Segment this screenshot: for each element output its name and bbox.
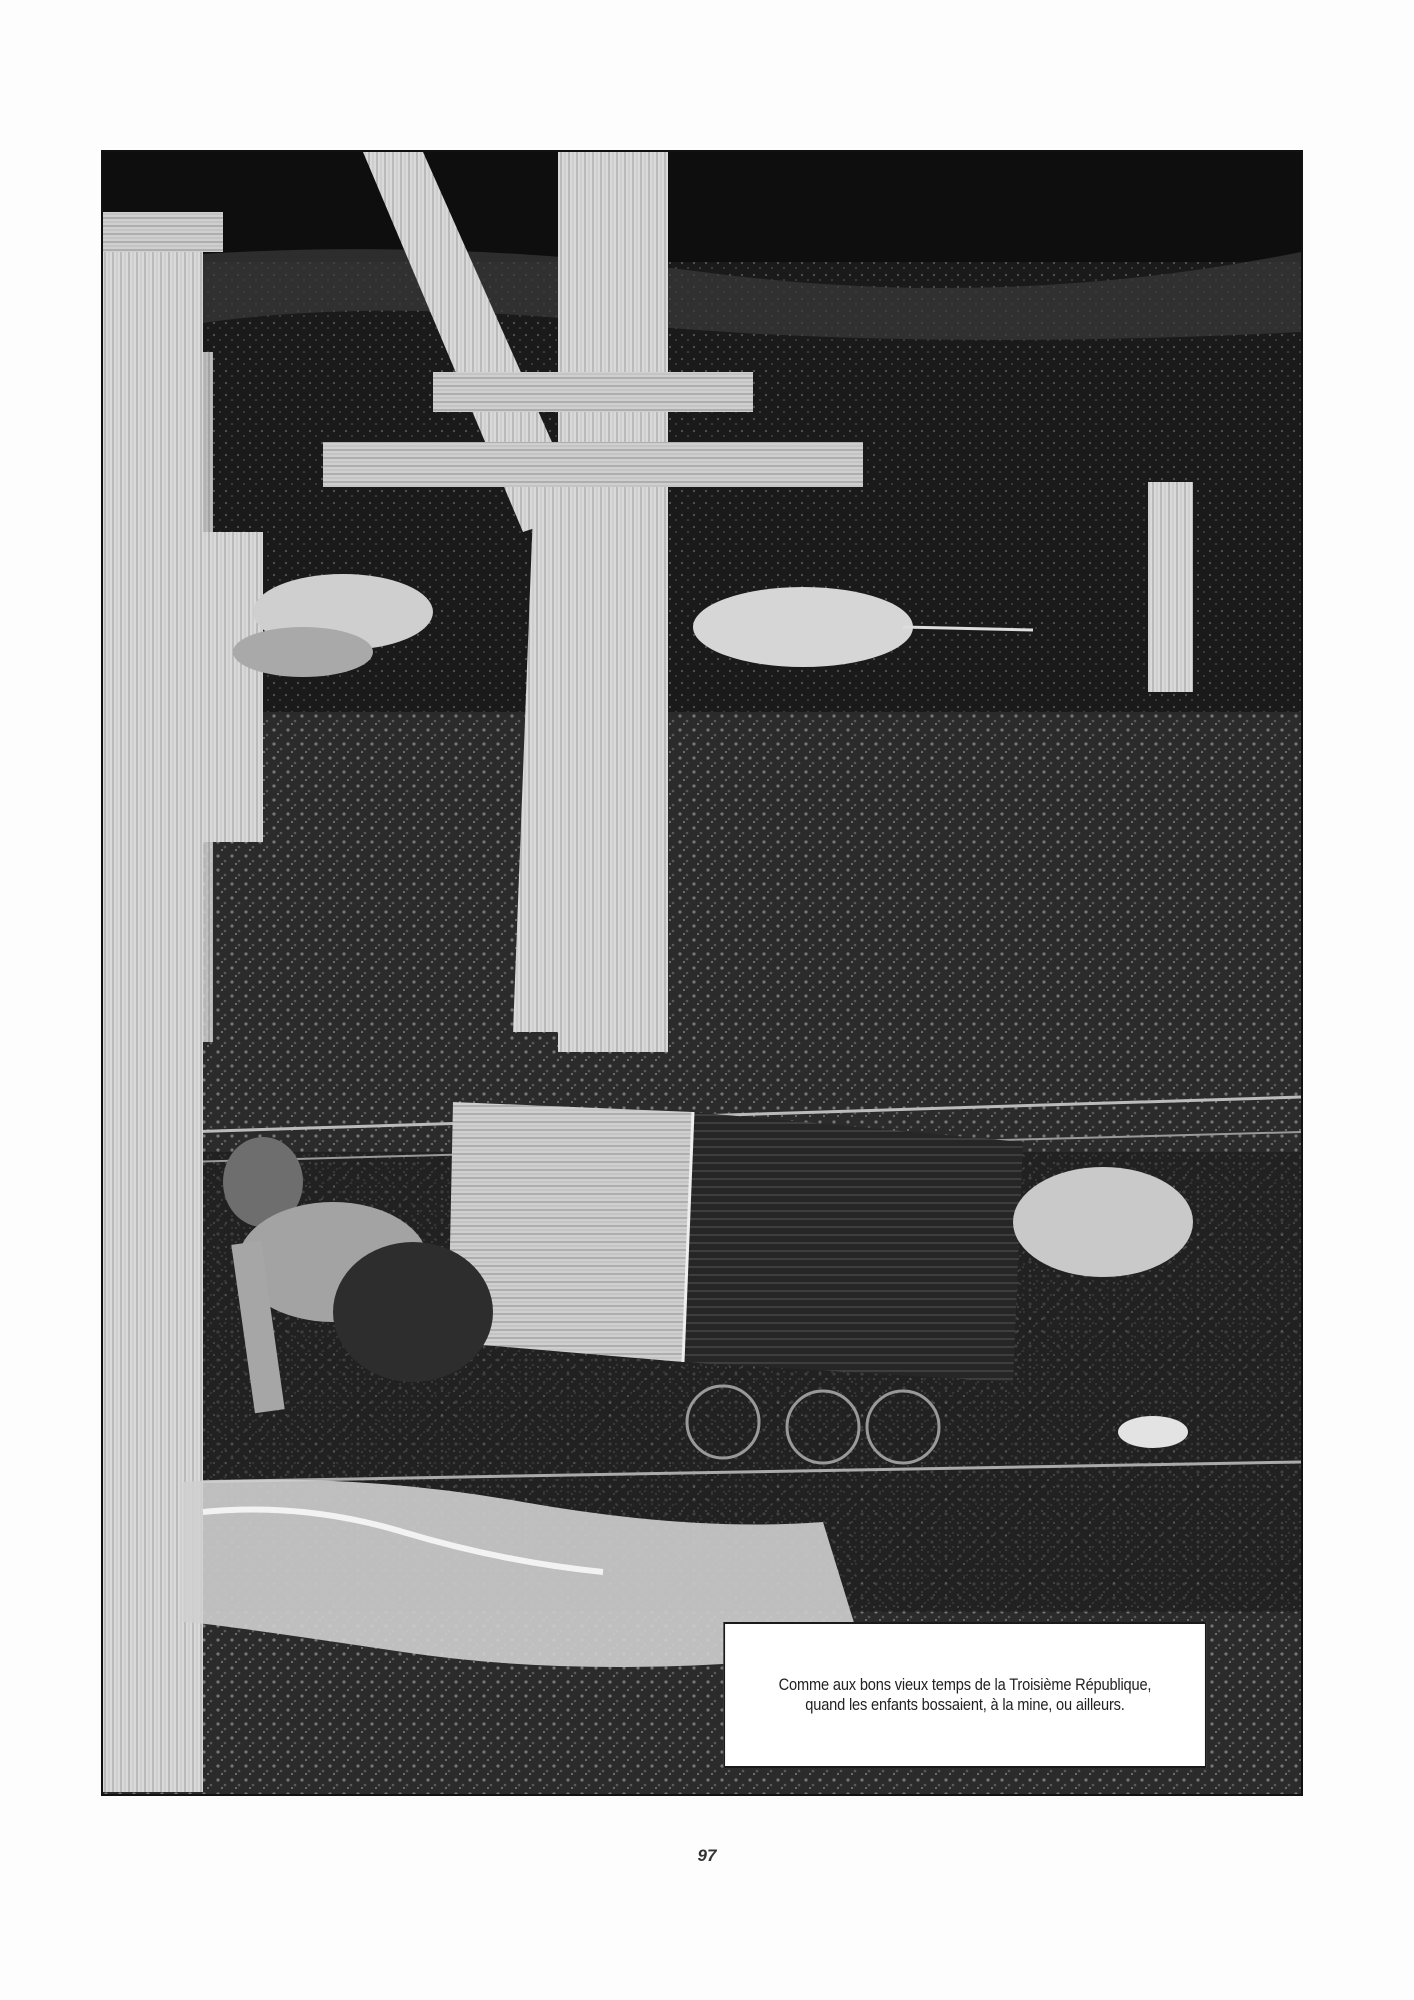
comic-page: Comme aux bons vieux temps de la Troisiè… <box>0 0 1414 2000</box>
mine-scene-illustration <box>103 152 1301 1794</box>
caption-line-2: quand les enfants bossaient, à la mine, … <box>805 1695 1124 1715</box>
narration-caption-box: Comme aux bons vieux temps de la Troisiè… <box>723 1622 1206 1768</box>
caption-line-1: Comme aux bons vieux temps de la Troisiè… <box>779 1675 1152 1695</box>
page-number: 97 <box>0 1846 1414 1866</box>
mine-illustration-panel: Comme aux bons vieux temps de la Troisiè… <box>101 150 1303 1796</box>
